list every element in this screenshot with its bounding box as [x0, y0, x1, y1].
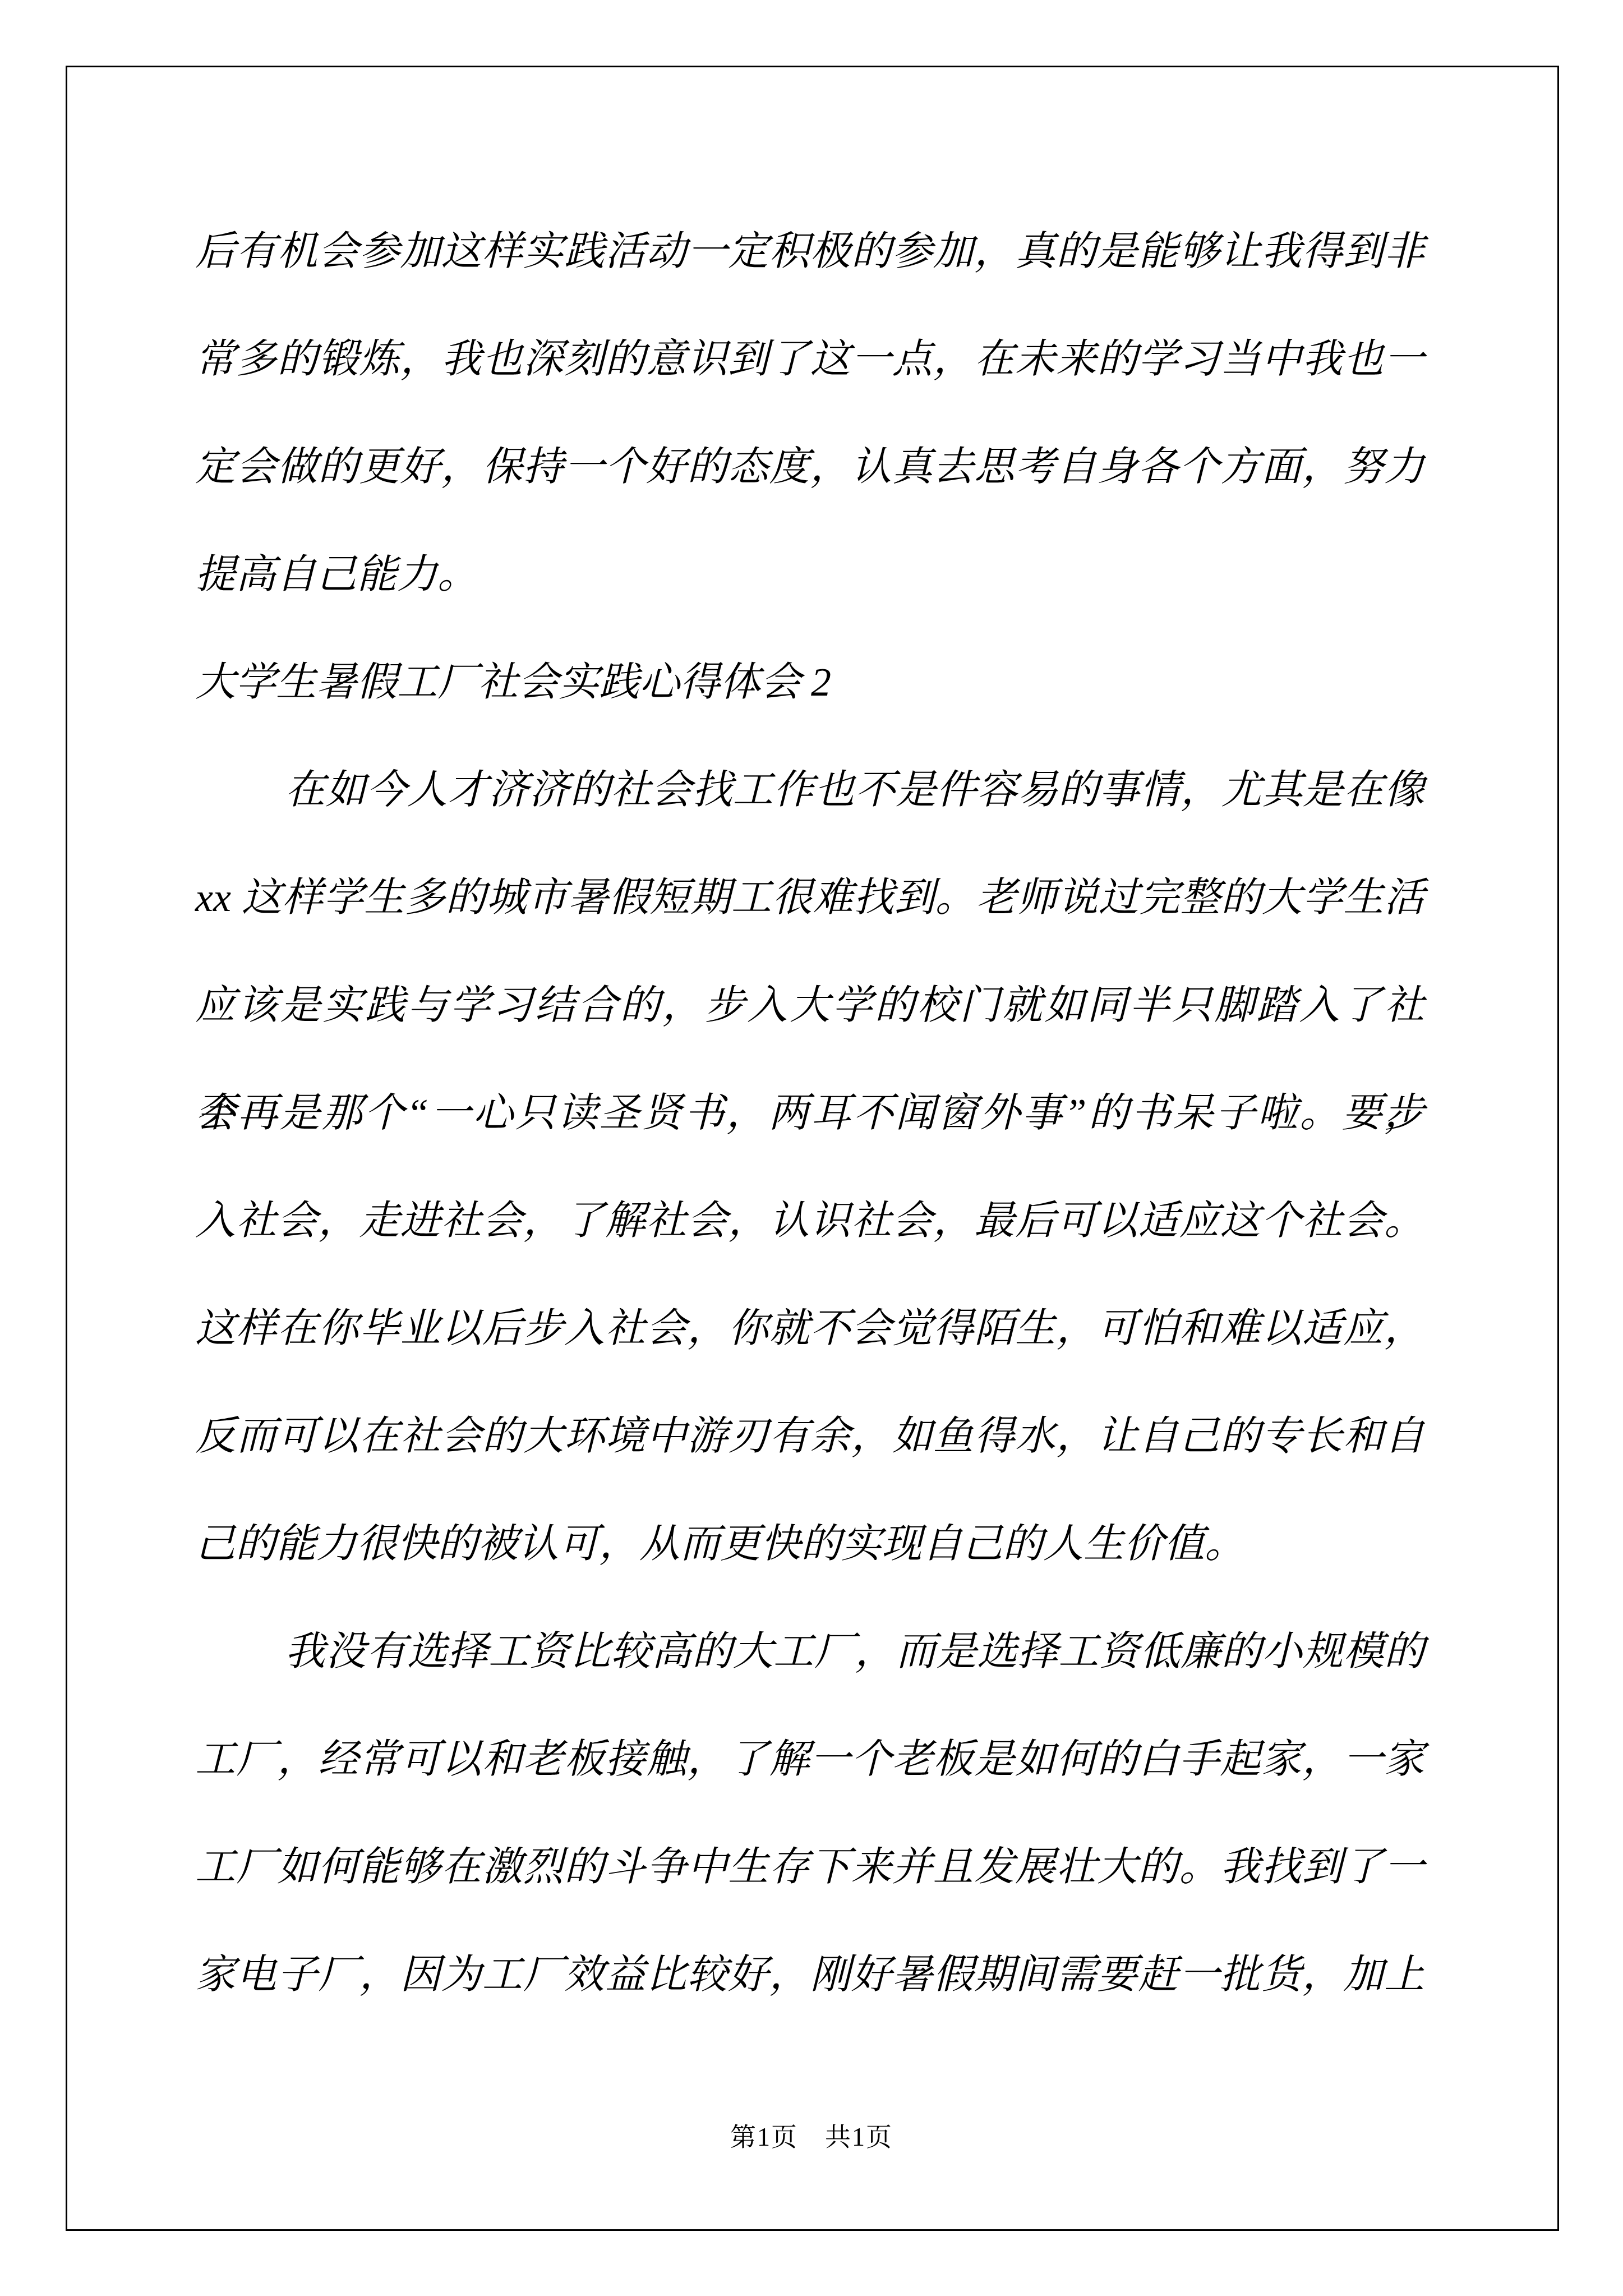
text-line: 工厂如何能够在激烈的斗争中生存下来并且发展壮大的。我找到了一 — [195, 1813, 1424, 1921]
text-line: 家电子厂，因为工厂效益比较好，刚好暑假期间需要赶一批货，加上 — [195, 1921, 1424, 2028]
text-line: 不再是那个“一心只读圣贤书，两耳不闻窗外事”的书呆子啦。要步 — [195, 1059, 1424, 1167]
text-line: 我没有选择工资比较高的大工厂，而是选择工资低廉的小规模的 — [195, 1598, 1424, 1705]
text-line: 在如今人才济济的社会找工作也不是件容易的事情，尤其是在像 — [195, 736, 1424, 844]
text-line: 这样在你毕业以后步入社会，你就不会觉得陌生，可怕和难以适应， — [195, 1274, 1424, 1382]
page-footer: 第1页 共1页 — [0, 2119, 1623, 2155]
text-line: 提高自己能力。 — [195, 521, 1424, 628]
text-line: 定会做的更好，保持一个好的态度，认真去思考自身各个方面，努力 — [195, 413, 1424, 521]
document-page: { "page": { "background": "#ffffff", "bo… — [0, 0, 1623, 2296]
text-line: 常多的锻炼，我也深刻的意识到了这一点，在未来的学习当中我也一 — [195, 305, 1424, 413]
text-line: 应该是实践与学习结合的，步入大学的校门就如同半只脚踏入了社会， — [195, 951, 1424, 1059]
text-line: 后有机会参加这样实践活动一定积极的参加，真的是能够让我得到非 — [195, 197, 1424, 305]
text-line: xx 这样学生多的城市暑假短期工很难找到。老师说过完整的大学生活 — [195, 844, 1424, 951]
text-line: 己的能力很快的被认可，从而更快的实现自己的人生价值。 — [195, 1490, 1424, 1598]
text-body: 后有机会参加这样实践活动一定积极的参加，真的是能够让我得到非 常多的锻炼，我也深… — [195, 197, 1424, 2028]
text-line: 工厂，经常可以和老板接触，了解一个老板是如何的白手起家，一家 — [195, 1705, 1424, 1813]
section-heading: 大学生暑假工厂社会实践心得体会 2 — [195, 628, 1424, 736]
text-line: 反而可以在社会的大环境中游刃有余，如鱼得水，让自己的专长和自 — [195, 1382, 1424, 1490]
text-line: 入社会，走进社会，了解社会，认识社会，最后可以适应这个社会。 — [195, 1167, 1424, 1274]
